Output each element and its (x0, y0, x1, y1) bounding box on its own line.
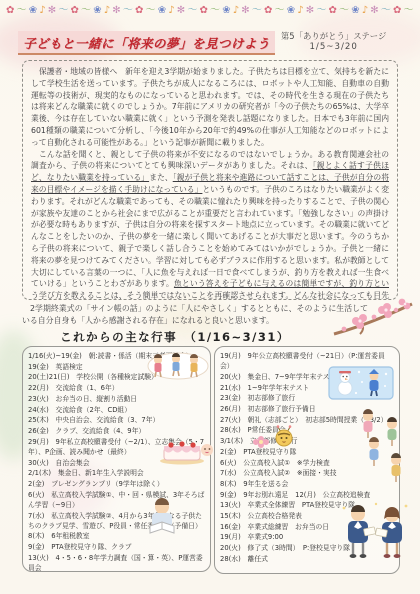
schedule-row: 28(水) P常任委員会 (220, 425, 394, 435)
border-doodle-icon: ～ (210, 4, 220, 18)
schedule-row: 25(木) 中央自治会、交流給食（3、7年） (28, 415, 205, 425)
border-doodle-icon: ✿ (329, 4, 337, 18)
border-doodle-icon: ～ (123, 4, 133, 18)
schedule-row: 6(火) 私立高校入学試験①、中・回・県模試、3年そろばん学習（~9日） (28, 490, 205, 510)
schedule-row: 21(水) 1~9年学年末テスト (220, 383, 394, 393)
message-paragraph-2: こんな話を聞くと、親として子供の将来が不安になるのではないでしょうか。ある教育関… (31, 149, 389, 300)
border-doodle-icon: ～ (275, 4, 285, 18)
border-doodle-icon: ✻ (241, 4, 249, 18)
text-segment: というものです。子供のころはなりたい職業がよく変わります。それがどんな職業であっ… (31, 185, 389, 288)
schedule-row: 15(木) 公立高校合格発表 (220, 511, 394, 521)
border-doodle-icon: ♪ (297, 4, 303, 18)
schedule-row: 26(金) クラブ、交流給食（4、9年） (28, 426, 205, 436)
stage-dates: 1/5~3/20 (281, 42, 387, 53)
border-doodle-icon: ❀ (29, 4, 37, 18)
schedule-row: 24(水) 交流給食（2年、CD組） (28, 405, 205, 415)
border-doodle-icon: ～ (81, 4, 91, 18)
border-doodle-icon: ♪ (362, 4, 368, 18)
border-doodle-icon: ✿ (6, 4, 14, 18)
border-doodle-icon: ～ (339, 4, 349, 18)
schedule-row: 23(火) お弁当の日、縦割り活動日 (28, 394, 205, 404)
schedule-row: 23(金) 初志部修了旅行 (220, 393, 394, 403)
border-doodle-icon: ✻ (177, 4, 185, 18)
text-segment: 2学期終業式の「サイン帳の話」のように「人にやさしく」するとともに、そのように生… (22, 304, 368, 325)
schedule-row: 2/1(木) 集金日、新1年生入学説明会 (28, 468, 205, 478)
schedule-row: 26(月) 初志部修了旅行予備日 (220, 404, 394, 414)
schedule-row: 9(金) PTA登校見守り隊、クラブ (28, 542, 205, 552)
border-doodle-icon: ✿ (200, 4, 208, 18)
border-doodle-icon: ♪ (168, 4, 174, 18)
border-doodle-icon: ✿ (393, 4, 401, 18)
border-doodle-icon: ❀ (287, 4, 295, 18)
border-doodle-icon: ♪ (233, 4, 239, 18)
schedule-row: 20(火) 集金日、7~9年学年末テスト (220, 372, 394, 382)
border-doodle-icon: ❀ (351, 4, 359, 18)
decorative-top-border: ✿～❀♪✻～✿～❀♪✻～✿～❀♪✻～✿～❀♪✻～✿～❀♪✻～✿～❀♪✻～✿～ (6, 4, 414, 18)
stage-name: 第5「ありがとう」ステージ (281, 31, 387, 41)
schedule-row: 7(水) 私立高校入学試験②、4月から3年生になる子供たちのクラブ見学、雪遊び、… (28, 511, 205, 531)
border-doodle-icon: ❀ (222, 4, 230, 18)
border-doodle-icon: ～ (252, 4, 262, 18)
border-doodle-icon: ✿ (71, 4, 79, 18)
border-doodle-icon: ❀ (158, 4, 166, 18)
text-segment: 保護者・地域の皆様へ 新年を迎え3学期が始まりました。子供たちは目標を立て、気持… (31, 67, 389, 147)
border-doodle-icon: ～ (316, 4, 326, 18)
schedule-row: 8(木) 9年生を送る会 (220, 479, 394, 489)
principal-message-box: 保護者・地域の皆様へ 新年を迎え3学期が始まりました。子供たちは目標を立て、気持… (22, 60, 398, 300)
text-segment: また、 (149, 173, 173, 182)
header: 子どもと一緒に「将来の夢」を見つけよう 第5「ありがとう」ステージ 1/5~3/… (18, 31, 410, 55)
border-doodle-icon: ✿ (135, 4, 143, 18)
schedule-row: 22(月) 交流給食（1、6年） (28, 383, 205, 393)
schedule-left-box: 1/16(火)~19(金) 朝:読書・係活（期末三者面談会）19(金) 英語検定… (22, 346, 211, 572)
newsletter-page: ✿～❀♪✻～✿～❀♪✻～✿～❀♪✻～✿～❀♪✻～✿～❀♪✻～✿～❀♪✻～✿～ 子… (0, 0, 420, 594)
stage-label: 第5「ありがとう」ステージ 1/5~3/20 (281, 31, 387, 53)
schedule-row: 19(月) 卒業式9:00 (220, 532, 394, 542)
border-doodle-icon: ❀ (93, 4, 101, 18)
border-doodle-icon: ✻ (306, 4, 314, 18)
border-doodle-icon: ～ (187, 4, 197, 18)
schedule-row: 2(金) プレゼングランプリ（9学年は除く） (28, 479, 205, 489)
schedule-row: 20(火) 修了式（3時間） P:登校見守り隊 (220, 543, 394, 553)
border-doodle-icon: ～ (17, 4, 27, 18)
schedule-row: 1/16(火)~19(金) 朝:読書・係活（期末三者面談会） (28, 351, 205, 361)
message-paragraph-1: 保護者・地域の皆様へ 新年を迎え3学期が始まりました。子供たちは目標を立て、気持… (31, 66, 389, 149)
schedule-row: 13(火) 卒業式全体練習 PTA登校見守り隊 (220, 500, 394, 510)
schedule-row: 8(木) 6年租税教室 (28, 531, 205, 541)
schedule-row: 6(火) 公立高校入試① ※学力検査 (220, 458, 394, 468)
border-doodle-icon: ～ (58, 4, 68, 18)
border-doodle-icon: ✻ (112, 4, 120, 18)
schedule-row: 3/1(木) 立志部修了旅行 (220, 436, 394, 446)
page-title: 子どもと一緒に「将来の夢」を見つけよう (18, 31, 275, 55)
border-doodle-icon: ～ (404, 4, 414, 18)
schedule-row: 9(金) 9年お別れ遠足 12(月) 公立高校追検査 (220, 490, 394, 500)
schedule-row: 16(金) 卒業式総練習 お弁当の日 (220, 522, 394, 532)
border-doodle-icon: ✻ (370, 4, 378, 18)
schedule-row: 19(月) 9年公立高校願書受付（~21日）（P:運営委員会） (220, 351, 394, 371)
border-doodle-icon: ✻ (48, 4, 56, 18)
border-doodle-icon: ～ (146, 4, 156, 18)
border-doodle-icon: ♪ (39, 4, 45, 18)
schedule-row: 20(土)21(日) 学校公開（各種検定試験） (28, 372, 205, 382)
schedule-title: これからの主な行事 （1/16~3/31） (30, 329, 320, 345)
schedule-row: 27(火) 朝礼（志部ごと） 初志部5時間授業（~3/2） (220, 415, 394, 425)
schedule-row: 28(水) 離任式 (220, 554, 394, 564)
schedule-row: 13(火) 4・5・6・8年学力調査（国・算・英）、P運営委員会 (28, 553, 205, 572)
schedule-row: 29(月) 9年私立高校願書受付（~2/1）、立志集会（5・7年）、P企画、読み… (28, 437, 205, 457)
schedule-row: 2(金) PTA登校見守り隊 (220, 447, 394, 457)
closing-note: 2学期終業式の「サイン帳の話」のように「人にやさしく」するとともに、そのように生… (22, 303, 368, 327)
schedule-right-box: 19(月) 9年公立高校願書受付（~21日）（P:運営委員会）20(火) 集金日… (214, 346, 400, 574)
border-doodle-icon: ✿ (264, 4, 272, 18)
border-doodle-icon: ～ (381, 4, 391, 18)
schedule-row: 30(火) 自治会集会 (28, 458, 205, 468)
schedule-row: 7(水) 公立高校入試② ※面接・実技 (220, 468, 394, 478)
border-doodle-icon: ♪ (104, 4, 110, 18)
schedule-row: 19(金) 英語検定 (28, 362, 205, 372)
